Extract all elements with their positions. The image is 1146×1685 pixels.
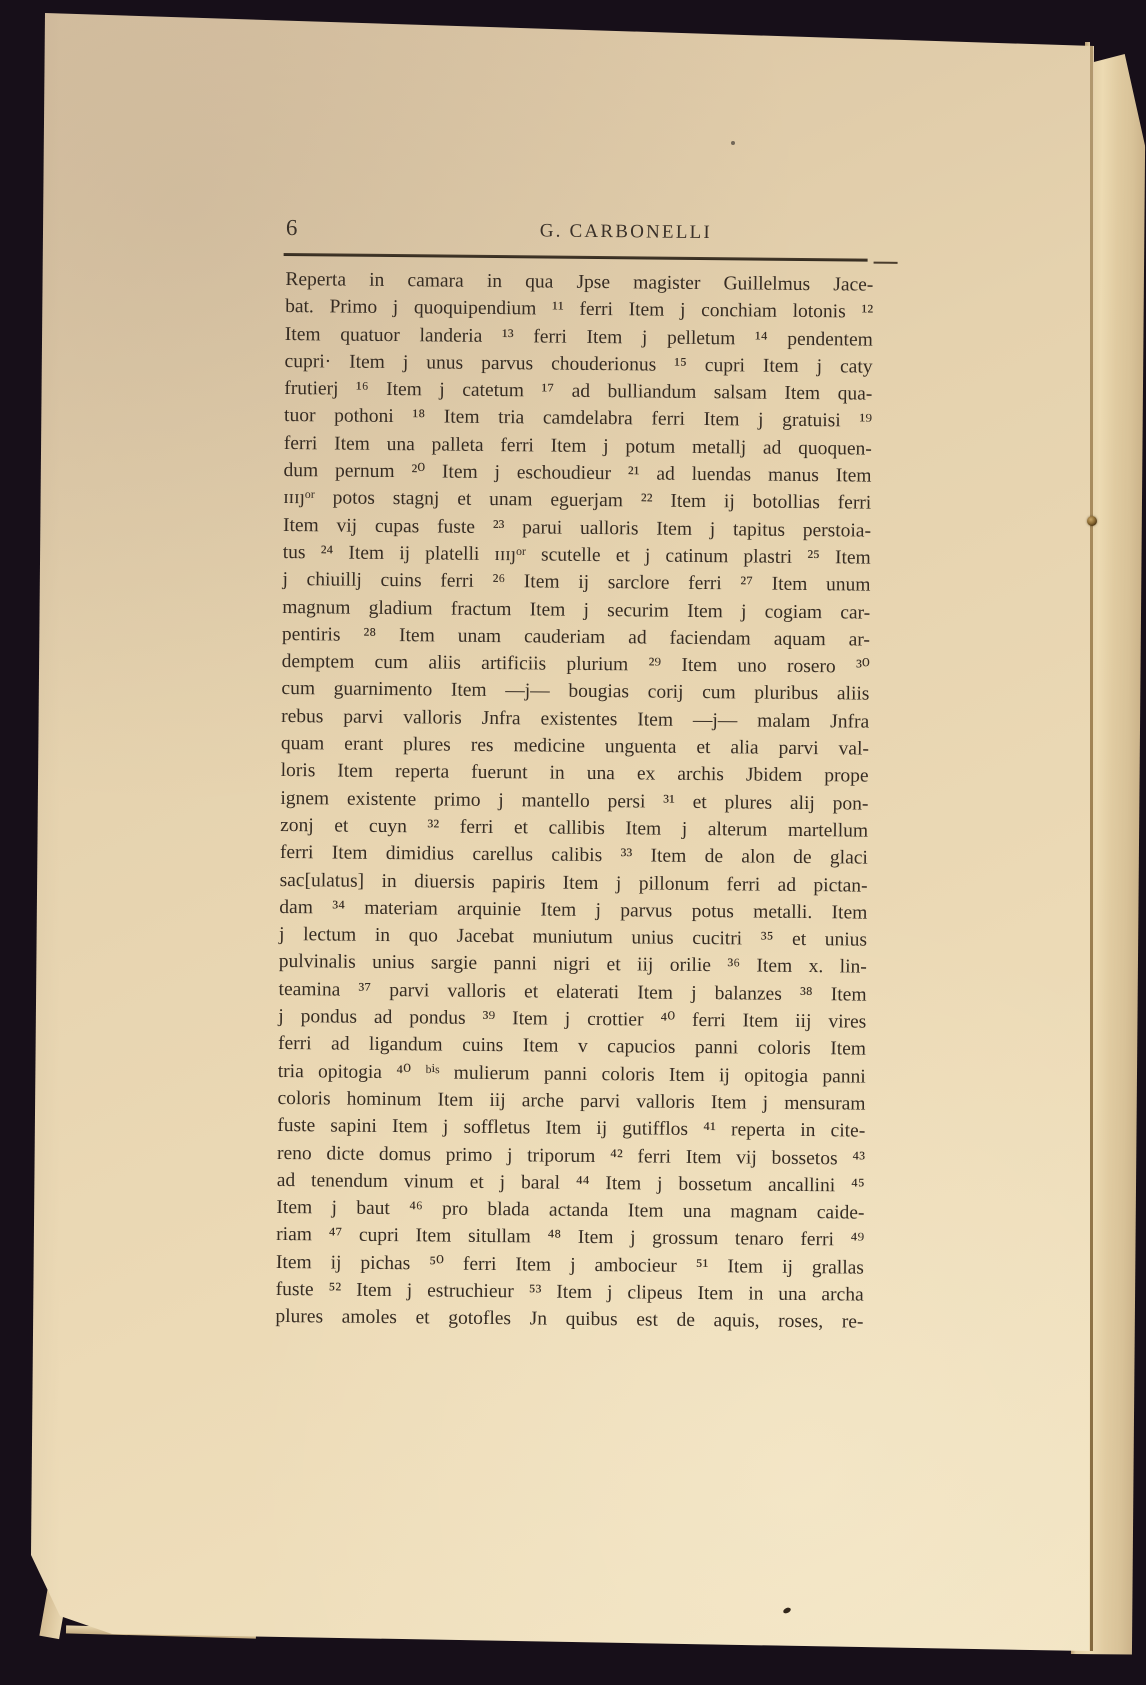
scanned-book-photo: 6 G. CARBONELLI Reperta in camara in qua…	[0, 0, 1146, 1685]
text-line: plures amoles et gotofles Jn quibus est …	[275, 1303, 863, 1336]
page-text: Reperta in camara in qua Jpse magister G…	[275, 266, 873, 1336]
ink-speck	[731, 141, 735, 145]
header-rule	[286, 253, 874, 263]
header-rule-line	[284, 253, 868, 261]
page-header: 6 G. CARBONELLI	[286, 216, 874, 246]
page-number: 6	[286, 216, 298, 240]
running-title: G. CARBONELLI	[332, 219, 920, 245]
header-rule-dash	[874, 262, 898, 264]
printed-content: 6 G. CARBONELLI Reperta in camara in qua…	[275, 216, 874, 1336]
ink-speck	[1087, 516, 1097, 526]
page-fold-line	[1090, 46, 1093, 1651]
book-page: 6 G. CARBONELLI Reperta in camara in qua…	[0, 0, 1146, 1685]
